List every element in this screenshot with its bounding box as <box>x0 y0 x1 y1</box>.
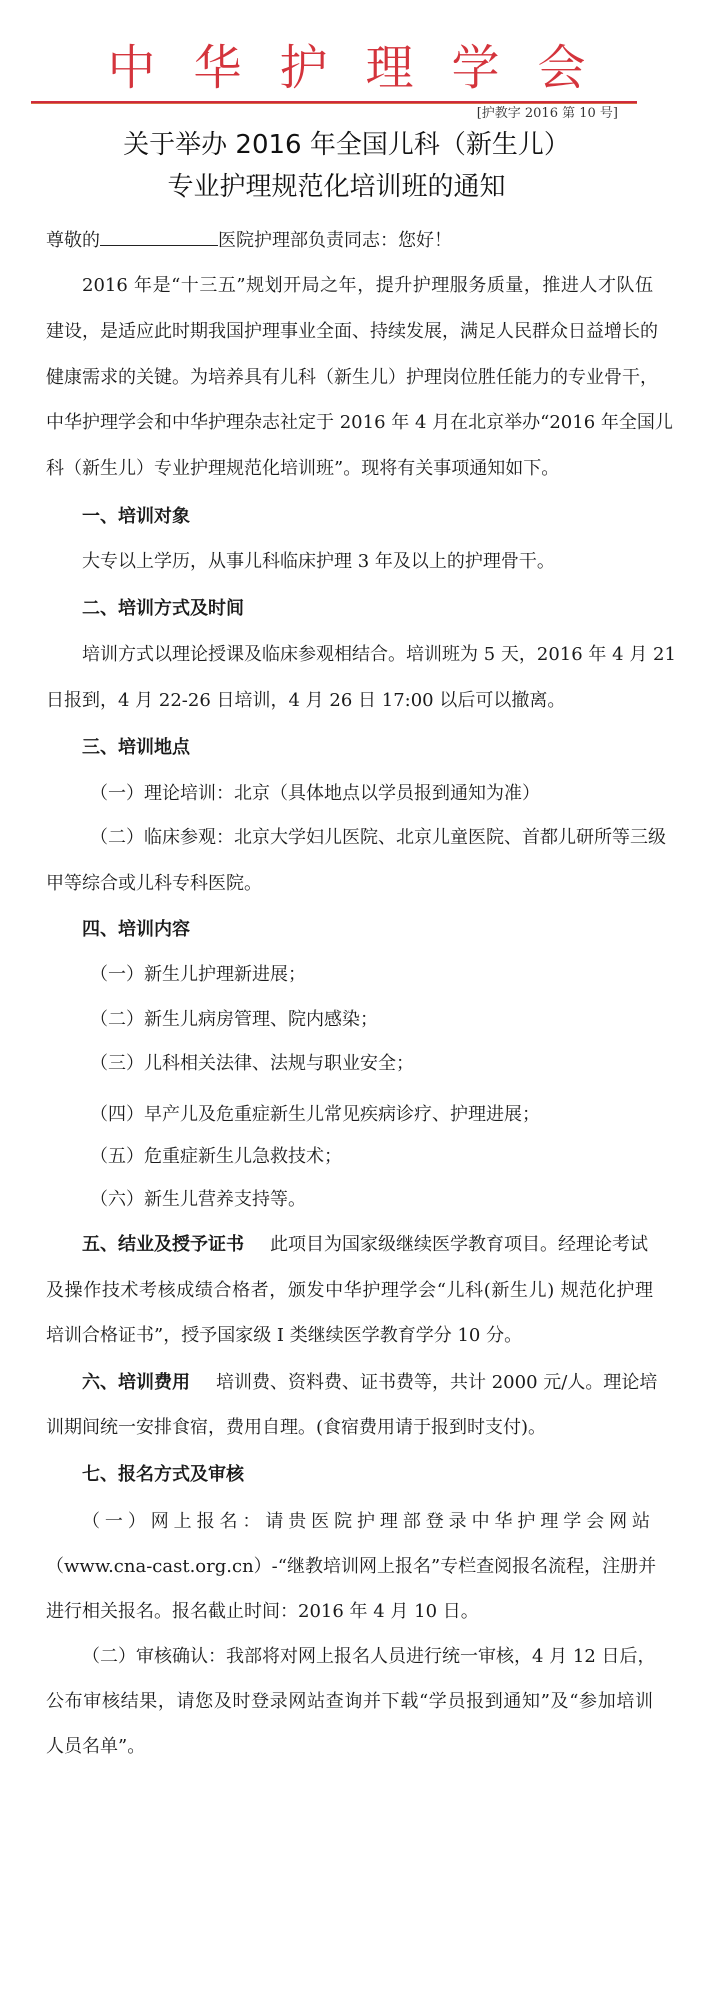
section-5-first-line: 五、结业及授予证书此项目为国家级继续医学教育项目。经理论考试 <box>82 1233 692 1257</box>
document-title-line-2: 专业护理规范化培训班的通知 <box>0 170 703 204</box>
section-4-item: （六）新生儿营养支持等。 <box>90 1188 700 1212</box>
section-4-item: （五）危重症新生儿急救技术； <box>90 1145 700 1169</box>
document-title-line-1: 关于举办 2016 年全国儿科（新生儿） <box>0 128 703 162</box>
intro-line: 健康需求的关键。为培养具有儿科（新生儿）护理岗位胜任能力的专业骨干， <box>46 366 653 390</box>
section-heading-3: 三、培训地点 <box>82 736 692 760</box>
section-heading-1: 一、培训对象 <box>82 505 692 529</box>
section-2-text: 培训方式以理论授课及临床参观相结合。培训班为 5 天，2016 年 4 月 21 <box>82 643 653 667</box>
section-2-text: 日报到，4 月 22-26 日培训，4 月 26 日 17:00 以后可以撤离。 <box>46 689 656 713</box>
section-heading-5: 五、结业及授予证书 <box>82 1234 244 1255</box>
salutation-prefix: 尊敬的 <box>46 230 100 251</box>
section-3-text: （一）理论培训：北京（具体地点以学员报到通知为准） <box>90 782 700 806</box>
section-5-text: 及操作技术考核成绩合格者，颁发中华护理学会“儿科(新生儿) 规范化护理 <box>46 1279 653 1303</box>
letterhead-red-rule <box>31 101 637 104</box>
salutation-suffix: 医院护理部负责同志：您好！ <box>218 230 452 251</box>
notice-document: 中华护理学会 [护教字 2016 第 10 号] 关于举办 2016 年全国儿科… <box>0 0 703 2010</box>
section-7-text: 公布审核结果，请您及时登录网站查询并下载“学员报到通知”及“参加培训 <box>46 1690 653 1714</box>
section-7-text: （一）网上报名：请贵医院护理部登录中华护理学会网站 <box>82 1510 653 1534</box>
section-5-text: 此项目为国家级继续医学教育项目。经理论考试 <box>270 1234 648 1255</box>
section-4-item: （三）儿科相关法律、法规与职业安全； <box>90 1052 700 1076</box>
section-3-text: （二）临床参观：北京大学妇儿医院、北京儿童医院、首都儿研所等三级 <box>90 826 657 850</box>
section-4-item: （二）新生儿病房管理、院内感染； <box>90 1008 700 1032</box>
section-7-text: 进行相关报名。报名截止时间：2016 年 4 月 10 日。 <box>46 1600 656 1624</box>
section-6-text: 训期间统一安排食宿，费用自理。(食宿费用请于报到时支付)。 <box>46 1416 656 1440</box>
section-7-text: （二）审核确认：我部将对网上报名人员进行统一审核，4 月 12 日后， <box>82 1645 653 1669</box>
salutation: 尊敬的医院护理部负责同志：您好！ <box>46 227 656 253</box>
document-number: [护教字 2016 第 10 号] <box>477 105 618 123</box>
section-7-text: （www.cna-cast.org.cn）-“继教培训网上报名”专栏查阅报名流程… <box>46 1555 653 1579</box>
section-7-text: 人员名单”。 <box>46 1735 656 1759</box>
organization-letterhead: 中华护理学会 <box>0 40 703 96</box>
section-6-text: 培训费、资料费、证书费等，共计 2000 元/人。理论培 <box>216 1372 657 1393</box>
section-heading-2: 二、培训方式及时间 <box>82 597 692 621</box>
section-3-text: 甲等综合或儿科专科医院。 <box>46 872 656 896</box>
hospital-name-blank <box>100 227 218 246</box>
intro-line: 2016 年是“十三五”规划开局之年，提升护理服务质量，推进人才队伍 <box>82 274 653 298</box>
intro-line: 科（新生儿）专业护理规范化培训班”。现将有关事项通知如下。 <box>46 457 656 481</box>
section-5-text: 培训合格证书”，授予国家级 I 类继续医学教育学分 10 分。 <box>46 1324 656 1348</box>
section-6-first-line: 六、培训费用培训费、资料费、证书费等，共计 2000 元/人。理论培 <box>82 1371 692 1395</box>
section-4-item: （四）早产儿及危重症新生儿常见疾病诊疗、护理进展； <box>90 1103 700 1127</box>
intro-line: 建设，是适应此时期我国护理事业全面、持续发展，满足人民群众日益增长的 <box>46 320 653 344</box>
section-heading-7: 七、报名方式及审核 <box>82 1463 692 1487</box>
section-4-item: （一）新生儿护理新进展； <box>90 963 700 987</box>
section-1-text: 大专以上学历，从事儿科临床护理 3 年及以上的护理骨干。 <box>82 550 692 574</box>
section-heading-4: 四、培训内容 <box>82 918 692 942</box>
section-heading-6: 六、培训费用 <box>82 1372 190 1393</box>
intro-line: 中华护理学会和中华护理杂志社定于 2016 年 4 月在北京举办“2016 年全… <box>46 411 653 435</box>
